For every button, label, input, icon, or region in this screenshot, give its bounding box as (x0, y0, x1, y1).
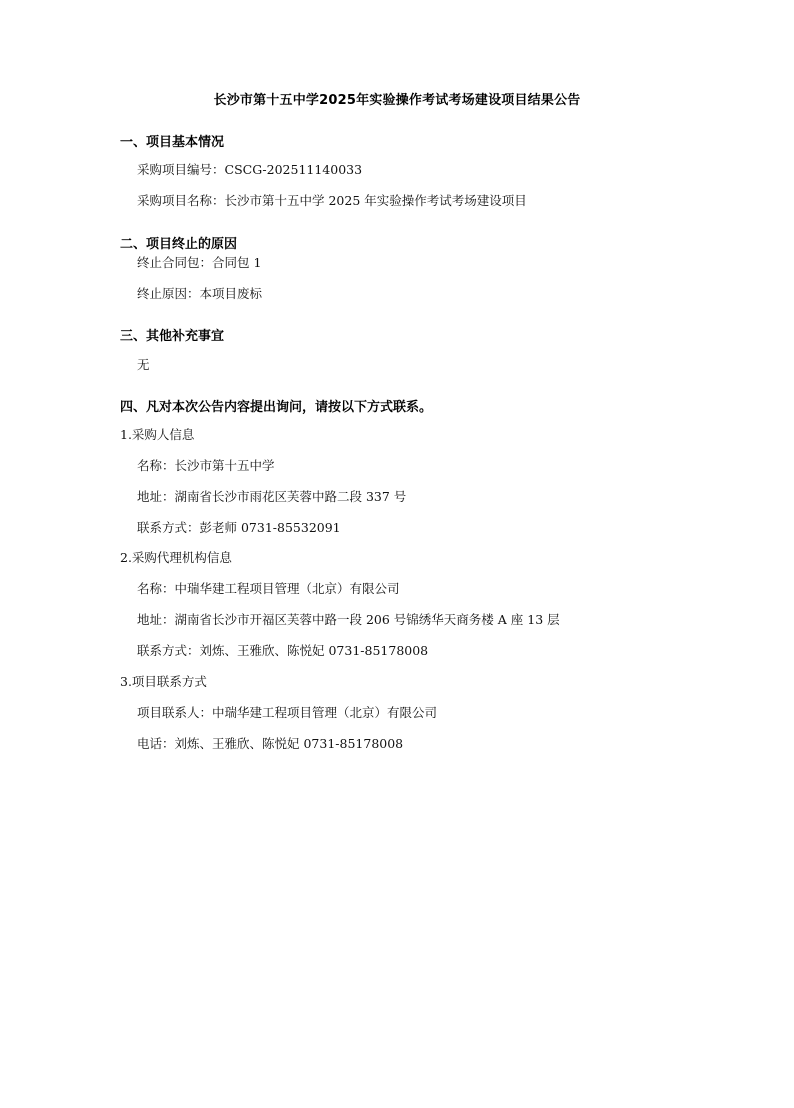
section-heading-termination-reason: 二、项目终止的原因 (120, 233, 237, 252)
page-title: 长沙市第十五中学2025年实验操作考试考场建设项目结果公告 (0, 89, 794, 108)
termination-reason: 终止原因：本项目废标 (137, 284, 262, 302)
project-name: 采购项目名称：长沙市第十五中学 2025 年实验操作考试考场建设项目 (137, 191, 527, 209)
purchaser-address: 地址：湖南省长沙市雨花区芙蓉中路二段 337 号 (137, 487, 406, 505)
document-page: 长沙市第十五中学2025年实验操作考试考场建设项目结果公告 一、项目基本情况 采… (0, 0, 794, 1108)
section-heading-contact: 四、凡对本次公告内容提出询问，请按以下方式联系。 (120, 396, 432, 415)
other-matters-text: 无 (137, 355, 150, 373)
subsection-agency: 2.采购代理机构信息 (120, 548, 232, 566)
project-contact-person: 项目联系人：中瑞华建工程项目管理（北京）有限公司 (137, 703, 437, 721)
project-number: 采购项目编号：CSCG-202511140033 (137, 160, 362, 178)
agency-contact: 联系方式：刘炼、王雅欣、陈悦妃 0731-85178008 (137, 641, 428, 659)
purchaser-contact: 联系方式：彭老师 0731-85532091 (137, 518, 341, 536)
purchaser-name: 名称：长沙市第十五中学 (137, 456, 275, 474)
subsection-project-contact: 3.项目联系方式 (120, 672, 207, 690)
agency-name: 名称：中瑞华建工程项目管理（北京）有限公司 (137, 579, 400, 597)
section-heading-other-matters: 三、其他补充事宜 (120, 325, 224, 344)
terminated-package: 终止合同包：合同包 1 (137, 253, 261, 271)
agency-address: 地址：湖南省长沙市开福区芙蓉中路一段 206 号锦绣华天商务楼 A 座 13 层 (137, 610, 560, 628)
section-heading-basic-info: 一、项目基本情况 (120, 131, 224, 150)
subsection-purchaser: 1.采购人信息 (120, 425, 194, 443)
project-contact-phone: 电话：刘炼、王雅欣、陈悦妃 0731-85178008 (137, 734, 403, 752)
